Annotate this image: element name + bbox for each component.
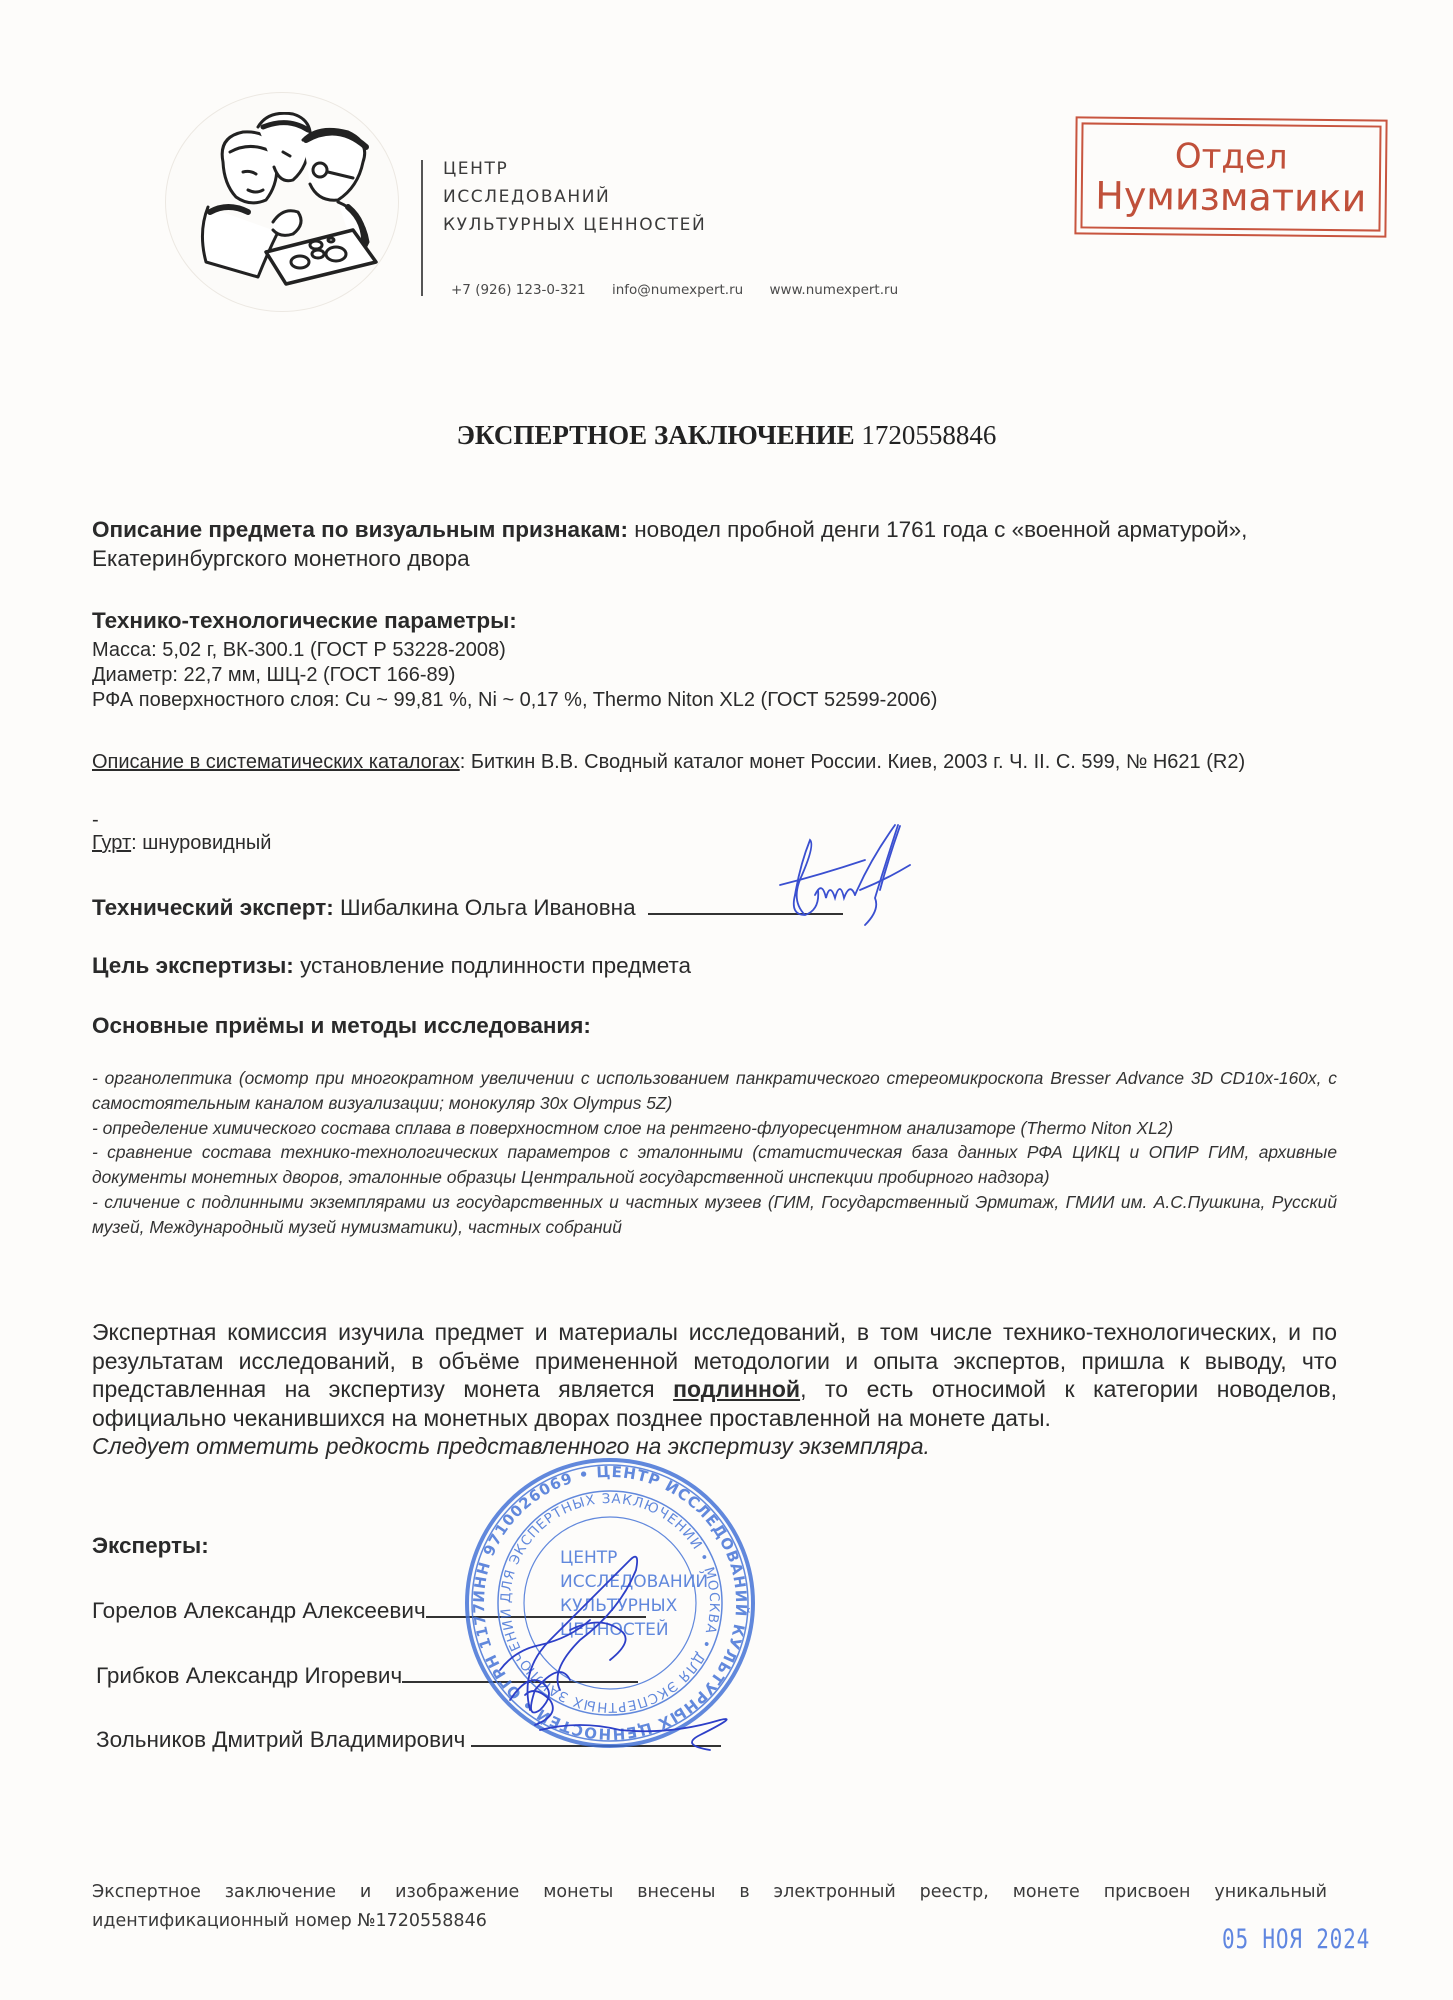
- document-number: 1720558846: [861, 420, 996, 450]
- conclusion-paragraph: Экспертная комиссия изучила предмет и ма…: [92, 1318, 1337, 1432]
- experts-signature-icon: [440, 1520, 800, 1760]
- methods-label: Основные приёмы и методы исследования:: [92, 1013, 591, 1038]
- date-stamp: 05 НОЯ 2024: [1222, 1924, 1370, 1955]
- tech-expert-label: Технический эксперт:: [92, 895, 334, 920]
- methods-list: - органолептика (осмотр при многократном…: [92, 1066, 1337, 1240]
- header-divider: [421, 160, 423, 296]
- expert-name: Зольников Дмитрий Владимирович: [96, 1727, 465, 1752]
- method-item: - органолептика (осмотр при многократном…: [92, 1066, 1337, 1116]
- diameter-value: Диаметр: 22,7 мм, ШЦ-2 (ГОСТ 166-89): [92, 663, 1337, 688]
- expert-name: Горелов Александр Алексеевич: [92, 1598, 426, 1623]
- title-text: ЭКСПЕРТНОЕ ЗАКЛЮЧЕНИЕ: [457, 420, 855, 450]
- purpose-value: установление подлинности предмета: [300, 953, 691, 978]
- xrf-value: РФА поверхностного слоя: Cu ~ 99,81 %, N…: [92, 688, 1337, 713]
- org-name-line: ИССЛЕДОВАНИЙ: [443, 183, 706, 211]
- verdict-authentic: подлинной: [673, 1376, 800, 1402]
- description-label: Описание предмета по визуальным признака…: [92, 517, 628, 542]
- edge-value: : шнуровидный: [131, 832, 271, 854]
- technical-expert: Технический эксперт: Шибалкина Ольга Ива…: [92, 891, 1337, 922]
- org-name-line: КУЛЬТУРНЫХ ЦЕННОСТЕЙ: [443, 211, 706, 239]
- stamp-line-1: Отдел: [1175, 136, 1288, 177]
- catalog-description: Описание в систематических каталогах: Би…: [92, 748, 1337, 777]
- purpose-label: Цель экспертизы:: [92, 953, 294, 978]
- catalog-label: Описание в систематических каталогах: [92, 751, 460, 773]
- examination-purpose: Цель экспертизы: установление подлинност…: [92, 951, 1337, 980]
- contacts: +7 (926) 123-0-321 info@numexpert.ru www…: [451, 282, 920, 298]
- technical-parameters: Технико-технологические параметры:: [92, 606, 1337, 635]
- mass-value: Масса: 5,02 г, ВК-300.1 (ГОСТ Р 53228-20…: [92, 638, 1337, 663]
- expert-name: Грибков Александр Игоревич: [96, 1663, 402, 1688]
- technical-label: Технико-технологические параметры:: [92, 608, 517, 633]
- tech-expert-name: Шибалкина Ольга Ивановна: [340, 895, 636, 920]
- org-name-line: ЦЕНТР: [443, 155, 706, 183]
- phone-number: +7 (926) 123-0-321: [451, 282, 586, 298]
- conclusion: Экспертная комиссия изучила предмет и ма…: [92, 1318, 1337, 1461]
- tech-expert-signature-icon: [760, 820, 920, 935]
- numismatists-logo-icon: [188, 112, 383, 287]
- numismatics-department-stamp: Отдел Нумизматики: [1074, 116, 1387, 237]
- email-address: info@numexpert.ru: [612, 282, 743, 298]
- method-item: - сравнение состава технико-технологичес…: [92, 1140, 1337, 1190]
- edge-label: Гурт: [92, 832, 131, 854]
- method-item: - определение химического состава сплава…: [92, 1116, 1337, 1141]
- technical-values: Масса: 5,02 г, ВК-300.1 (ГОСТ Р 53228-20…: [92, 638, 1337, 713]
- methods-heading: Основные приёмы и методы исследования:: [92, 1011, 1337, 1040]
- website-url: www.numexpert.ru: [770, 282, 899, 298]
- edge-description: Гурт: шнуровидный: [92, 831, 1337, 856]
- item-description: Описание предмета по визуальным признака…: [92, 515, 1337, 573]
- experts-label: Эксперты:: [92, 1533, 209, 1558]
- document-title: ЭКСПЕРТНОЕ ЗАКЛЮЧЕНИЕ 1720558846: [0, 420, 1453, 451]
- stamp-line-2: Нумизматики: [1095, 176, 1366, 219]
- organization-name: ЦЕНТР ИССЛЕДОВАНИЙ КУЛЬТУРНЫХ ЦЕННОСТЕЙ: [443, 155, 706, 239]
- separator-dash: -: [92, 808, 1337, 833]
- method-item: - сличение с подлинными экземплярами из …: [92, 1190, 1337, 1240]
- registry-footnote: Экспертное заключение и изображение моне…: [92, 1878, 1327, 1936]
- catalog-value: : Биткин В.В. Сводный каталог монет Росс…: [460, 751, 1245, 773]
